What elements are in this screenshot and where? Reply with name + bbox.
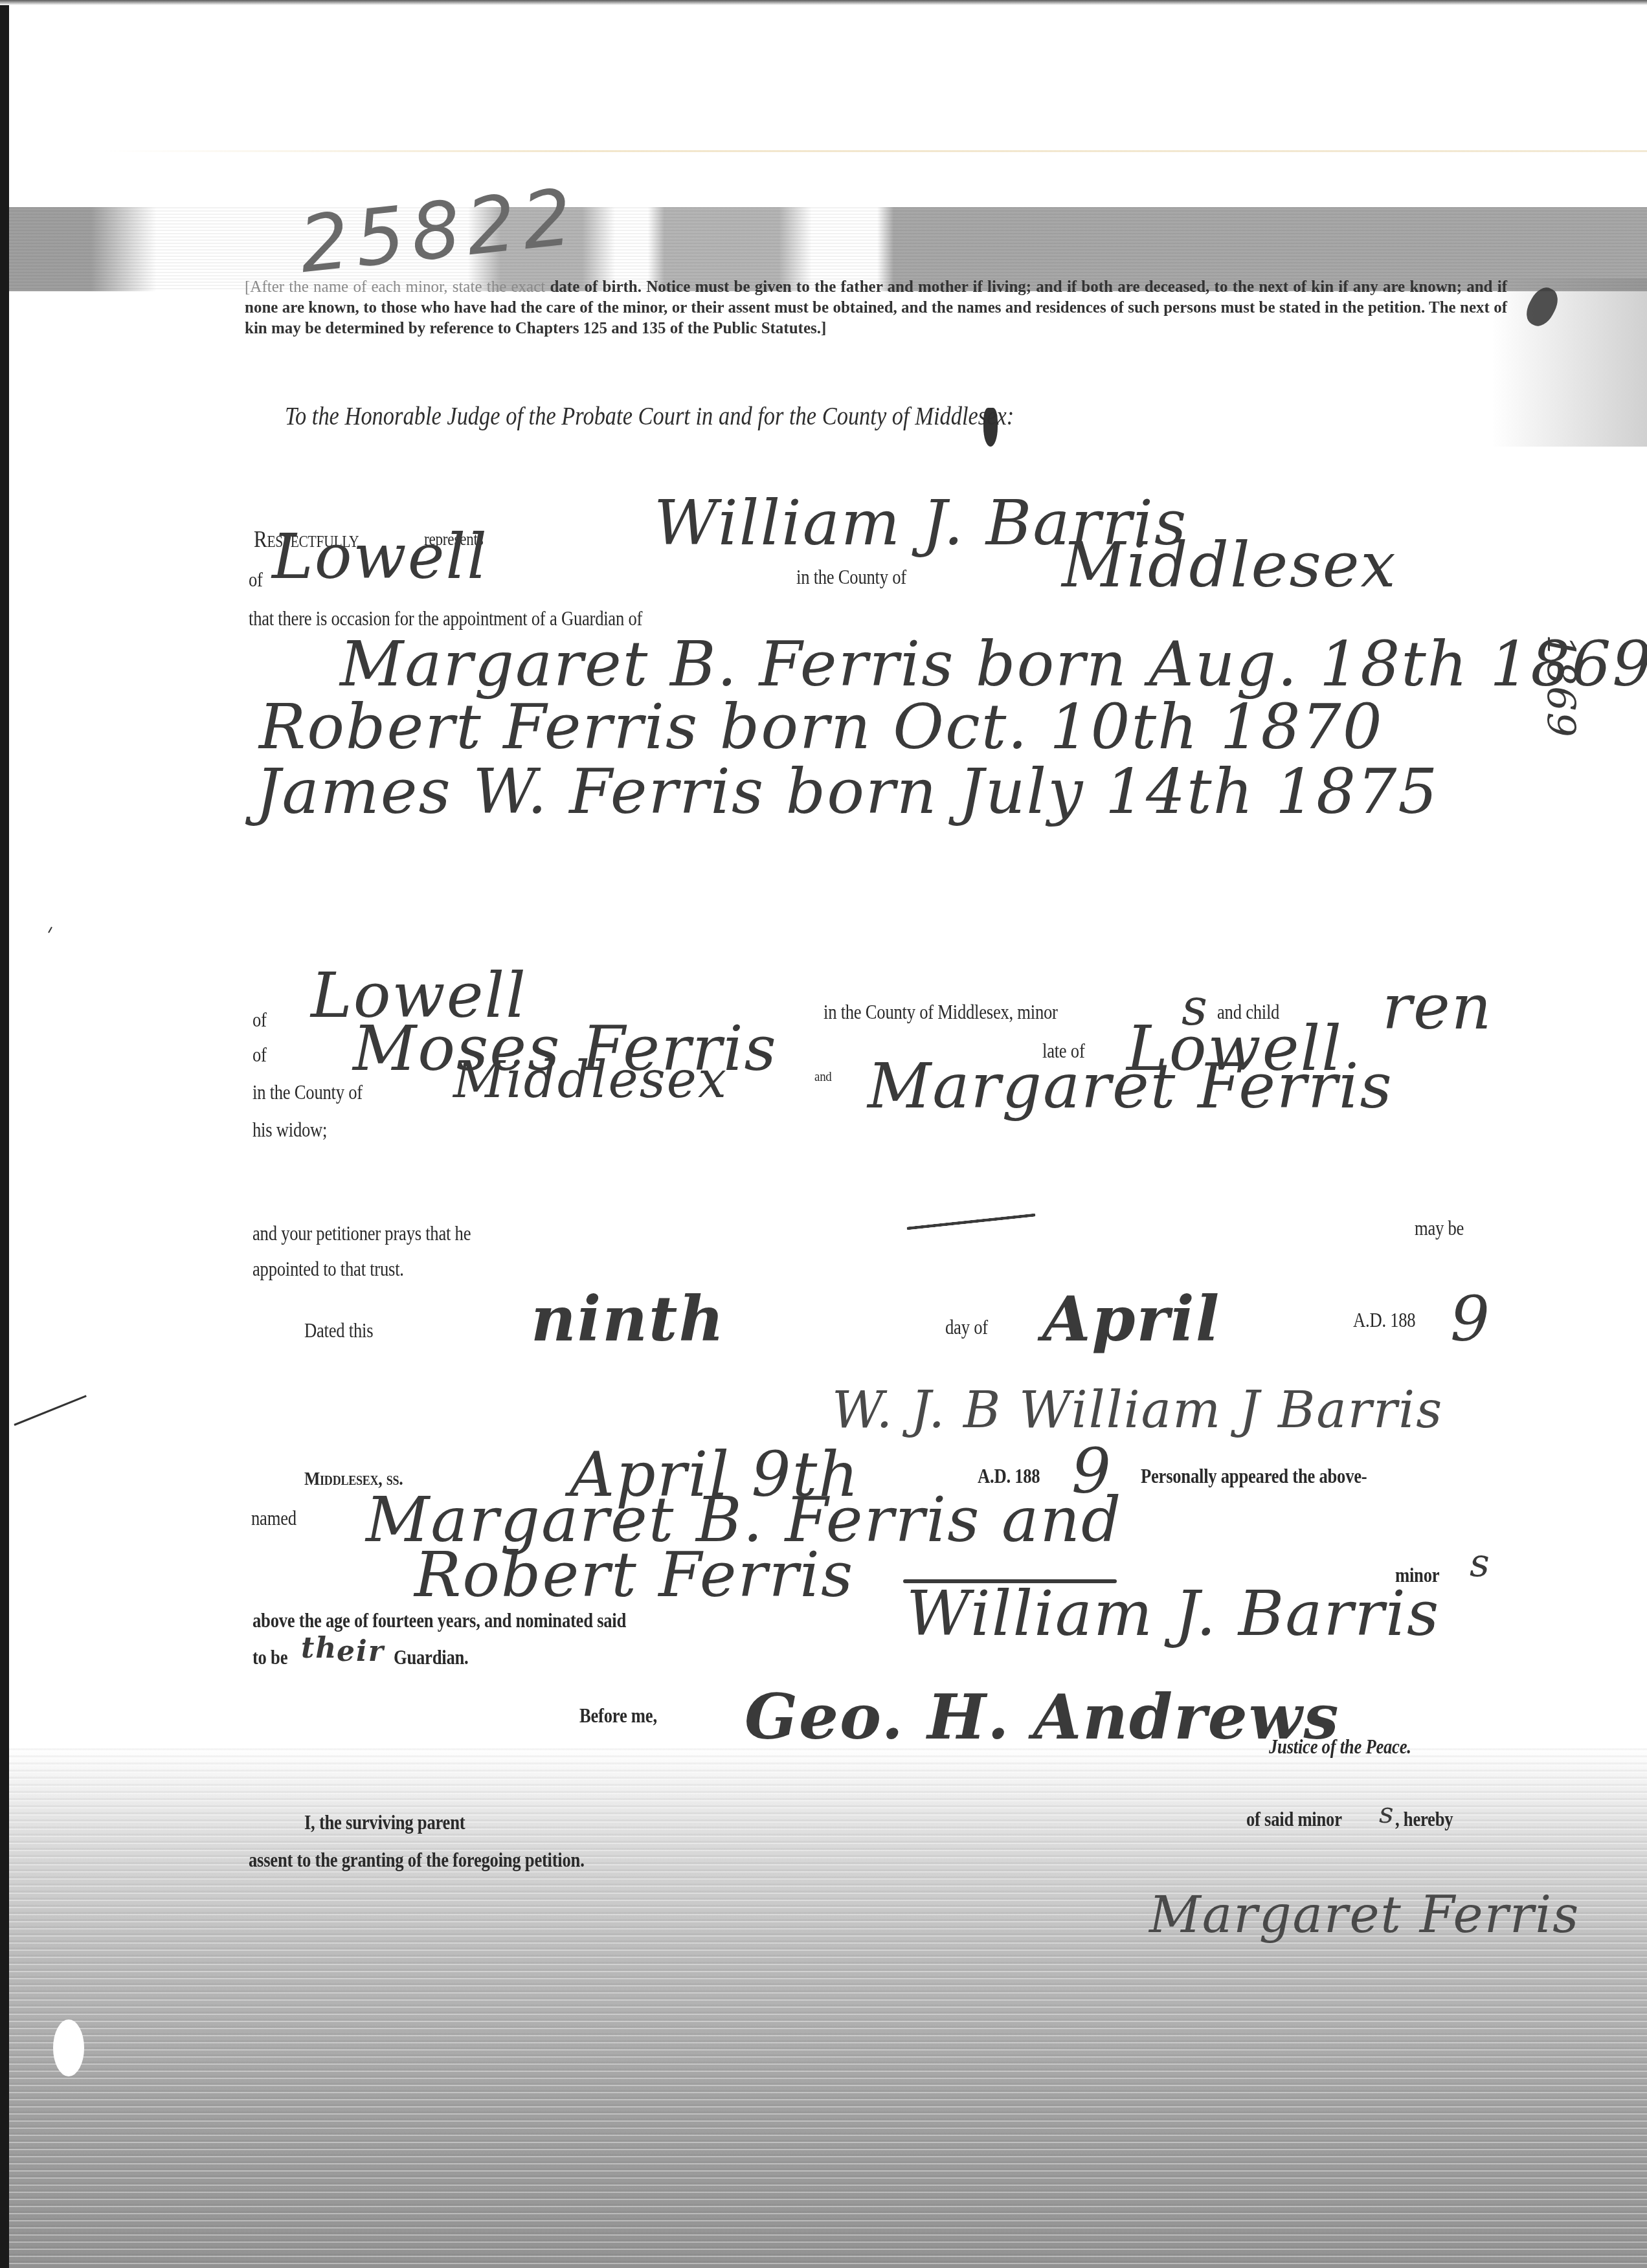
- punch-hole: [50, 1320, 101, 1371]
- margin-pen-mark: [14, 1395, 86, 1426]
- parent-signature: Margaret Ferris: [1149, 1890, 1580, 1940]
- minors-county-text: in the County of Middlesex, minor: [823, 1002, 1058, 1022]
- father-county-handwritten: Middlesex: [453, 1055, 728, 1106]
- court-heading: To the Honorable Judge of the Probate Co…: [285, 400, 1014, 431]
- instructions-faint-text: [After the name of each minor, state the…: [245, 278, 545, 296]
- surviving-parent-text: I, the surviving parent: [304, 1812, 465, 1832]
- paper-crease: [104, 150, 1647, 152]
- minor-entry: Margaret B. Ferris born Aug. 18th 1869: [340, 633, 1647, 695]
- father-of-label: of: [252, 1045, 267, 1065]
- age-text: above the age of fourteen years, and nom…: [252, 1610, 626, 1630]
- scan-top-shadow: [0, 0, 1647, 5]
- dated-day-handwritten: ninth: [531, 1288, 725, 1350]
- named-label: named: [251, 1508, 297, 1528]
- minors-of-label: of: [252, 1010, 267, 1030]
- occasion-text: that there is occasion for the appointme…: [249, 608, 642, 628]
- mother-name-handwritten: Margaret Ferris: [868, 1055, 1393, 1117]
- dated-year-handwritten: 9: [1450, 1288, 1491, 1350]
- ad-label: A.D. 188: [1353, 1310, 1415, 1330]
- father-county-label: in the County of: [252, 1082, 363, 1102]
- prays-text: and your petitioner prays that he: [252, 1223, 471, 1243]
- petitioner-county-handwritten: Middlesex: [1062, 534, 1397, 596]
- to-be-label: to be: [252, 1647, 287, 1667]
- day-of-label: day of: [945, 1317, 988, 1337]
- margin-pen-mark: [48, 927, 52, 933]
- petitioner-signature: W. J. B William J Barris: [832, 1385, 1443, 1436]
- petitioner-town-handwritten: Lowell: [272, 526, 488, 588]
- dated-label: Dated this: [304, 1320, 373, 1340]
- minor-plural-handwritten: s: [1470, 1544, 1491, 1583]
- hereby-label: , hereby: [1395, 1809, 1453, 1829]
- nominee-handwritten: William J. Barris: [906, 1583, 1440, 1645]
- appointed-text: appointed to that trust.: [252, 1259, 404, 1279]
- instructions-paragraph: [After the name of each minor, state the…: [245, 277, 1507, 339]
- to-be-fill-handwritten: eir: [337, 1638, 385, 1666]
- widow-label: his widow;: [252, 1120, 327, 1140]
- guardian-label: Guardian.: [394, 1647, 468, 1667]
- dated-month-handwritten: April: [1042, 1288, 1220, 1350]
- in-county-label: in the County of: [796, 567, 906, 587]
- named-line-handwritten: Robert Ferris: [414, 1544, 854, 1606]
- photocopy-smudge-right: [1492, 278, 1647, 447]
- appeared-text: Personally appeared the above-: [1141, 1466, 1367, 1486]
- of-label: of: [249, 570, 263, 590]
- margin-year-note: 1869: [1541, 634, 1580, 739]
- scan-edge: [0, 0, 9, 2268]
- said-minor-plural-handwritten: s: [1379, 1799, 1395, 1828]
- minor-entry: James W. Ferris born July 14th 1875: [256, 761, 1439, 823]
- child-plural-handwritten: ren: [1382, 976, 1493, 1038]
- assent-text: assent to the granting of the foregoing …: [249, 1850, 585, 1870]
- and-label: and: [814, 1069, 832, 1084]
- before-me-label: Before me,: [579, 1706, 657, 1726]
- justice-title: Justice of the Peace.: [1269, 1737, 1411, 1757]
- to-be-fill-handwritten: th: [301, 1634, 337, 1663]
- minor-entry: Robert Ferris born Oct. 10th 1870: [259, 696, 1384, 758]
- prays-blank-dash: [906, 1214, 1035, 1230]
- said-minor-label: of said minor: [1246, 1809, 1342, 1829]
- justice-signature: Geo. H. Andrews: [745, 1686, 1340, 1748]
- punch-hole: [53, 2019, 84, 2076]
- may-be-label: may be: [1415, 1218, 1464, 1238]
